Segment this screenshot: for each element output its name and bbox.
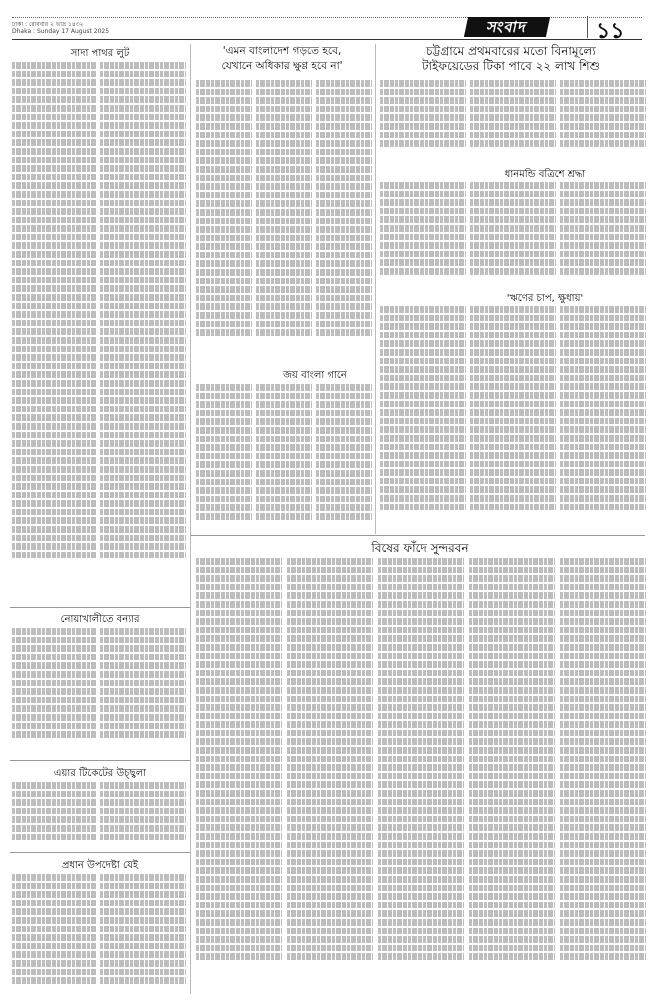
text-line xyxy=(196,842,282,851)
text-line xyxy=(560,687,646,696)
text-line xyxy=(100,671,186,680)
text-line xyxy=(256,209,312,218)
text-line xyxy=(560,366,646,375)
text-line xyxy=(100,825,186,834)
text-line xyxy=(196,209,252,218)
text-line xyxy=(469,807,555,816)
text-line xyxy=(196,89,252,98)
text-line xyxy=(196,200,252,209)
text-line xyxy=(196,696,282,705)
text-line xyxy=(560,486,646,495)
text-line xyxy=(560,323,646,332)
text-line xyxy=(470,409,556,418)
text-line xyxy=(378,764,464,773)
text-line xyxy=(469,824,555,833)
body-text-column xyxy=(196,80,252,362)
text-line xyxy=(196,470,252,479)
text-line xyxy=(256,132,312,141)
body-text-column xyxy=(100,782,186,848)
text-line xyxy=(287,627,373,636)
text-line xyxy=(100,122,186,131)
text-line xyxy=(378,790,464,799)
text-line xyxy=(560,953,646,962)
text-line xyxy=(316,157,372,166)
text-line xyxy=(100,714,186,723)
text-line xyxy=(196,953,282,962)
text-line xyxy=(316,149,372,158)
text-line xyxy=(100,311,186,320)
body-text-column xyxy=(256,80,312,362)
text-line xyxy=(316,393,372,402)
text-line xyxy=(470,332,556,341)
text-line xyxy=(100,71,186,80)
headline-chief-adviser: প্রধান উপদেষ্টা যেই xyxy=(10,858,190,875)
text-line xyxy=(196,721,282,730)
text-line xyxy=(12,960,96,969)
text-line xyxy=(380,199,466,208)
text-line xyxy=(560,653,646,662)
text-line xyxy=(100,234,186,243)
text-line xyxy=(196,504,252,513)
text-line xyxy=(560,208,646,217)
text-line xyxy=(380,409,466,418)
text-line xyxy=(256,149,312,158)
text-line xyxy=(12,654,96,663)
body-text-column xyxy=(560,306,646,531)
text-line xyxy=(560,747,646,756)
text-line xyxy=(469,756,555,765)
text-line xyxy=(196,106,252,115)
text-line xyxy=(256,427,312,436)
text-line xyxy=(470,375,556,384)
text-line xyxy=(12,543,96,552)
text-line xyxy=(560,713,646,722)
text-line xyxy=(12,174,96,183)
text-line xyxy=(196,444,252,453)
text-line xyxy=(560,644,646,653)
text-line xyxy=(100,328,186,337)
text-line xyxy=(12,791,96,800)
text-line xyxy=(100,406,186,415)
text-line xyxy=(196,175,252,184)
text-line xyxy=(100,191,186,200)
text-line xyxy=(380,486,466,495)
text-line xyxy=(316,401,372,410)
text-line xyxy=(560,426,646,435)
text-line xyxy=(470,495,556,504)
text-line xyxy=(560,140,646,149)
text-line xyxy=(560,383,646,392)
text-line xyxy=(470,191,556,200)
text-line xyxy=(196,461,252,470)
text-line xyxy=(469,558,555,567)
text-line xyxy=(196,936,282,945)
text-line xyxy=(378,738,464,747)
headline-sada-pathor: সাদা পাথর লুট xyxy=(20,46,180,63)
text-line xyxy=(469,635,555,644)
text-line xyxy=(100,680,186,689)
text-line xyxy=(560,418,646,427)
text-line xyxy=(12,637,96,646)
text-line xyxy=(12,917,96,926)
text-line xyxy=(12,122,96,131)
text-line xyxy=(256,504,312,513)
text-line xyxy=(196,945,282,954)
text-line xyxy=(469,687,555,696)
text-line xyxy=(560,799,646,808)
text-line xyxy=(469,910,555,919)
text-line xyxy=(100,131,186,140)
text-line xyxy=(12,251,96,260)
text-line xyxy=(100,637,186,646)
text-line xyxy=(196,487,252,496)
text-line xyxy=(560,773,646,782)
text-line xyxy=(470,315,556,324)
text-line xyxy=(100,285,186,294)
text-line xyxy=(378,558,464,567)
text-line xyxy=(196,902,282,911)
text-line xyxy=(470,452,556,461)
text-line xyxy=(560,790,646,799)
text-line xyxy=(196,329,252,338)
text-line xyxy=(12,509,96,518)
text-line xyxy=(316,218,372,227)
body-text-column xyxy=(12,782,96,848)
text-line xyxy=(100,654,186,663)
text-line xyxy=(470,504,556,513)
text-line xyxy=(256,97,312,106)
text-line xyxy=(316,183,372,192)
text-line xyxy=(100,294,186,303)
text-line xyxy=(100,926,186,935)
text-line xyxy=(316,269,372,278)
text-line xyxy=(196,678,282,687)
text-line xyxy=(316,418,372,427)
text-line xyxy=(12,294,96,303)
text-line xyxy=(560,504,646,513)
text-line xyxy=(100,731,186,740)
text-line xyxy=(12,688,96,697)
text-line xyxy=(380,478,466,487)
text-line xyxy=(469,833,555,842)
text-line xyxy=(12,671,96,680)
text-line xyxy=(380,452,466,461)
text-line xyxy=(316,504,372,513)
text-line xyxy=(256,192,312,201)
text-line xyxy=(560,893,646,902)
text-line xyxy=(196,575,282,584)
text-line xyxy=(287,807,373,816)
body-text-column xyxy=(470,182,556,286)
text-line xyxy=(12,782,96,791)
text-line xyxy=(560,340,646,349)
text-line xyxy=(470,132,556,141)
text-line xyxy=(316,286,372,295)
text-line xyxy=(469,867,555,876)
text-line xyxy=(470,426,556,435)
text-line xyxy=(100,139,186,148)
text-line xyxy=(196,627,282,636)
text-line xyxy=(469,876,555,885)
text-line xyxy=(287,661,373,670)
text-line xyxy=(12,662,96,671)
text-line xyxy=(100,874,186,883)
text-line xyxy=(100,62,186,71)
text-line xyxy=(378,824,464,833)
text-line xyxy=(100,251,186,260)
text-line xyxy=(560,584,646,593)
text-line xyxy=(470,242,556,251)
text-line xyxy=(560,114,646,123)
text-line xyxy=(12,380,96,389)
text-line xyxy=(380,426,466,435)
text-line xyxy=(196,558,282,567)
text-line xyxy=(12,934,96,943)
text-line xyxy=(12,808,96,817)
text-line xyxy=(287,670,373,679)
text-line xyxy=(100,346,186,355)
text-line xyxy=(560,97,646,106)
text-line xyxy=(378,713,464,722)
text-line xyxy=(560,89,646,98)
text-line xyxy=(100,182,186,191)
headline-emon-bangladesh: 'এমন বাংলাদেশ গড়তে হবে, যেখানে অধিকার ক… xyxy=(196,44,368,74)
text-line xyxy=(470,401,556,410)
text-line xyxy=(316,513,372,522)
text-line xyxy=(469,953,555,962)
body-text-column xyxy=(100,628,186,756)
text-line xyxy=(256,470,312,479)
text-line xyxy=(100,808,186,817)
text-line xyxy=(316,470,372,479)
text-line xyxy=(100,799,186,808)
text-line xyxy=(316,427,372,436)
text-line xyxy=(196,278,252,287)
text-line xyxy=(100,389,186,398)
text-line xyxy=(380,461,466,470)
text-line xyxy=(560,627,646,636)
text-line xyxy=(560,558,646,567)
body-text-column xyxy=(469,558,555,998)
text-line xyxy=(100,917,186,926)
text-line xyxy=(380,383,466,392)
text-line xyxy=(12,208,96,217)
text-line xyxy=(12,799,96,808)
text-line xyxy=(100,363,186,372)
text-line xyxy=(196,910,282,919)
text-line xyxy=(256,140,312,149)
text-line xyxy=(100,397,186,406)
text-line xyxy=(287,610,373,619)
text-line xyxy=(12,337,96,346)
text-line xyxy=(380,306,466,315)
text-line xyxy=(196,479,252,488)
text-line xyxy=(256,157,312,166)
text-line xyxy=(100,934,186,943)
body-text-column xyxy=(470,306,556,531)
text-line xyxy=(100,662,186,671)
text-line xyxy=(256,175,312,184)
text-line xyxy=(100,688,186,697)
date-english: Dhaka : Sunday 17 August 2025 xyxy=(12,28,109,35)
text-line xyxy=(287,696,373,705)
text-line xyxy=(196,269,252,278)
text-line xyxy=(196,513,252,522)
body-text-column xyxy=(316,384,372,532)
text-line xyxy=(380,332,466,341)
body-text-column xyxy=(287,558,373,998)
text-line xyxy=(316,384,372,393)
text-line xyxy=(100,483,186,492)
text-line xyxy=(378,953,464,962)
text-line xyxy=(12,277,96,286)
text-line xyxy=(560,358,646,367)
text-line xyxy=(560,945,646,954)
text-line xyxy=(256,269,312,278)
text-line xyxy=(316,453,372,462)
text-line xyxy=(380,358,466,367)
text-line xyxy=(378,885,464,894)
text-line xyxy=(380,504,466,513)
text-line xyxy=(380,375,466,384)
text-line xyxy=(560,928,646,937)
headline-line: যেখানে অধিকার ক্ষুণ্ণ হবে না' xyxy=(196,59,368,74)
text-line xyxy=(287,713,373,722)
text-line xyxy=(100,697,186,706)
text-line xyxy=(12,680,96,689)
text-line xyxy=(378,936,464,945)
text-line xyxy=(316,97,372,106)
text-line xyxy=(287,885,373,894)
text-line xyxy=(196,166,252,175)
text-line xyxy=(560,132,646,141)
text-line xyxy=(196,321,252,330)
text-line xyxy=(196,157,252,166)
section-divider xyxy=(10,852,190,853)
text-line xyxy=(256,487,312,496)
text-line xyxy=(100,165,186,174)
text-line xyxy=(378,627,464,636)
text-line xyxy=(12,234,96,243)
text-line xyxy=(100,96,186,105)
text-line xyxy=(12,191,96,200)
text-line xyxy=(196,756,282,765)
text-line xyxy=(12,217,96,226)
text-line xyxy=(287,618,373,627)
text-line xyxy=(560,409,646,418)
text-line xyxy=(256,295,312,304)
text-line xyxy=(470,418,556,427)
text-line xyxy=(287,910,373,919)
text-line xyxy=(12,260,96,269)
text-line xyxy=(196,132,252,141)
text-line xyxy=(380,140,466,149)
text-line xyxy=(12,242,96,251)
text-line xyxy=(316,479,372,488)
text-line xyxy=(12,432,96,441)
text-line xyxy=(316,329,372,338)
text-line xyxy=(12,825,96,834)
text-line xyxy=(196,928,282,937)
text-line xyxy=(469,575,555,584)
body-text-column xyxy=(196,384,252,532)
text-line xyxy=(470,383,556,392)
text-line xyxy=(380,208,466,217)
date-bengali: ঢাকা : রোববার ২ ভাদ্র ১৪৩২ xyxy=(12,21,109,28)
text-line xyxy=(100,277,186,286)
text-line xyxy=(196,661,282,670)
text-line xyxy=(470,114,556,123)
text-line xyxy=(256,453,312,462)
text-line xyxy=(470,208,556,217)
text-line xyxy=(470,435,556,444)
text-line xyxy=(378,601,464,610)
text-line xyxy=(560,670,646,679)
text-line xyxy=(560,661,646,670)
text-line xyxy=(100,457,186,466)
text-line xyxy=(12,157,96,166)
text-line xyxy=(560,375,646,384)
body-text-column xyxy=(12,62,96,602)
text-line xyxy=(560,332,646,341)
text-line xyxy=(378,592,464,601)
body-text-column xyxy=(560,182,646,286)
text-line xyxy=(316,303,372,312)
text-line xyxy=(100,423,186,432)
text-line xyxy=(100,354,186,363)
text-line xyxy=(100,977,186,986)
text-line xyxy=(12,834,96,843)
text-line xyxy=(470,461,556,470)
text-line xyxy=(380,106,466,115)
text-line xyxy=(12,131,96,140)
body-text-column xyxy=(380,306,466,531)
text-line xyxy=(196,885,282,894)
text-line xyxy=(316,321,372,330)
text-line xyxy=(196,799,282,808)
text-line xyxy=(196,401,252,410)
text-line xyxy=(12,874,96,883)
text-line xyxy=(560,919,646,928)
text-line xyxy=(316,140,372,149)
text-line xyxy=(560,392,646,401)
text-line xyxy=(380,392,466,401)
text-line xyxy=(470,216,556,225)
text-line xyxy=(469,945,555,954)
text-line xyxy=(196,192,252,201)
text-line xyxy=(378,704,464,713)
text-line xyxy=(196,635,282,644)
text-line xyxy=(378,635,464,644)
text-line xyxy=(378,644,464,653)
section-divider xyxy=(190,535,645,536)
text-line xyxy=(470,444,556,453)
text-line xyxy=(560,251,646,260)
text-line xyxy=(12,714,96,723)
text-line xyxy=(196,781,282,790)
text-line xyxy=(196,226,252,235)
text-line xyxy=(287,928,373,937)
text-line xyxy=(256,513,312,522)
text-line xyxy=(380,80,466,89)
text-line xyxy=(470,234,556,243)
text-line xyxy=(560,885,646,894)
text-line xyxy=(256,496,312,505)
text-line xyxy=(196,644,282,653)
text-line xyxy=(378,730,464,739)
page-number-separator xyxy=(587,16,588,38)
text-line xyxy=(470,89,556,98)
